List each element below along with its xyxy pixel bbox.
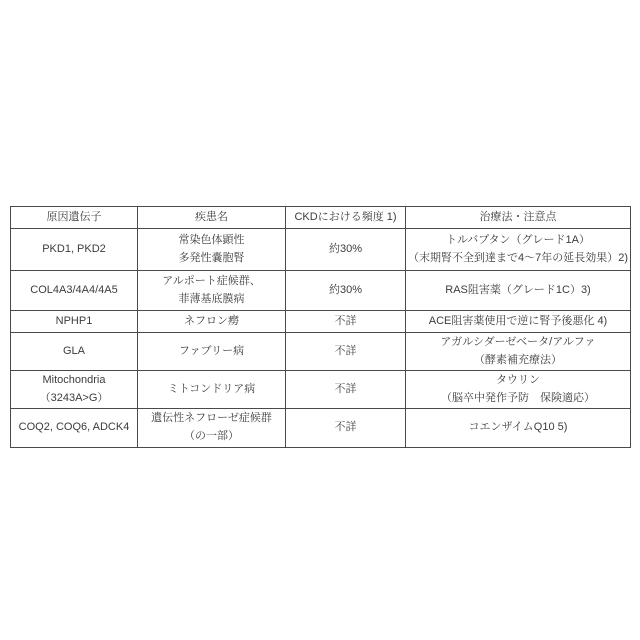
frequency-text: 約30%	[288, 241, 403, 259]
column-header-frequency: CKDにおける頻度 1)	[286, 207, 406, 229]
treatment-cell: コエンザイムQ10 5)	[406, 409, 631, 447]
gene-cell: COQ2, COQ6, ADCK4	[11, 409, 138, 447]
disease-cell: ファブリー病	[138, 333, 286, 371]
gene-cell: NPHP1	[11, 311, 138, 333]
table-row-mitochondria: Mitochondria （3243A>G） ミトコンドリア病 不詳 タウリン …	[11, 371, 631, 409]
disease-text: 常染色体顕性	[140, 232, 283, 250]
gene-text: GLA	[13, 343, 135, 361]
gene-text: （3243A>G）	[13, 390, 135, 408]
frequency-cell: 不詳	[286, 371, 406, 409]
genetic-kidney-disease-table: 原因遺伝子 疾患名 CKDにおける頻度 1) 治療法・注意点 PKD1, PKD…	[10, 206, 631, 448]
table-row-coq: COQ2, COQ6, ADCK4 遺伝性ネフローゼ症候群 （の一部） 不詳 コ…	[11, 409, 631, 447]
frequency-cell: 約30%	[286, 271, 406, 311]
disease-cell: アルポート症候群、 菲薄基底膜病	[138, 271, 286, 311]
disease-text: アルポート症候群、	[140, 273, 283, 291]
frequency-text: 不詳	[288, 419, 403, 437]
gene-cell: Mitochondria （3243A>G）	[11, 371, 138, 409]
treatment-cell: トルバプタン（グレード1A） （末期腎不全到達まで4～7年の延長効果）2)	[406, 229, 631, 271]
treatment-text: アガルシダーゼベータ/アルファ	[408, 334, 628, 352]
table-row-col4a: COL4A3/4A4/4A5 アルポート症候群、 菲薄基底膜病 約30% RAS…	[11, 271, 631, 311]
disease-cell: ミトコンドリア病	[138, 371, 286, 409]
gene-cell: GLA	[11, 333, 138, 371]
disease-cell: 遺伝性ネフローゼ症候群 （の一部）	[138, 409, 286, 447]
disease-text: ミトコンドリア病	[140, 381, 283, 399]
treatment-cell: アガルシダーゼベータ/アルファ （酵素補充療法）	[406, 333, 631, 371]
gene-text: Mitochondria	[13, 372, 135, 390]
treatment-cell: タウリン （脳卒中発作予防 保険適応）	[406, 371, 631, 409]
gene-text: COQ2, COQ6, ADCK4	[13, 419, 135, 437]
frequency-text: 不詳	[288, 381, 403, 399]
frequency-cell: 約30%	[286, 229, 406, 271]
disease-text: ファブリー病	[140, 343, 283, 361]
disease-text: 多発性嚢胞腎	[140, 250, 283, 268]
gene-cell: COL4A3/4A4/4A5	[11, 271, 138, 311]
gene-text: PKD1, PKD2	[13, 241, 135, 259]
treatment-text: トルバプタン（グレード1A）	[408, 232, 628, 250]
treatment-cell: ACE阻害薬使用で逆に腎予後悪化 4)	[406, 311, 631, 333]
disease-text: （の一部）	[140, 428, 283, 446]
gene-text: NPHP1	[13, 313, 135, 331]
disease-text: ネフロン癆	[140, 313, 283, 331]
genetic-kidney-disease-table-container: 原因遺伝子 疾患名 CKDにおける頻度 1) 治療法・注意点 PKD1, PKD…	[10, 206, 630, 448]
treatment-text: ACE阻害薬使用で逆に腎予後悪化 4)	[408, 313, 628, 331]
column-header-gene: 原因遺伝子	[11, 207, 138, 229]
frequency-text: 不詳	[288, 343, 403, 361]
disease-text: 遺伝性ネフローゼ症候群	[140, 410, 283, 428]
disease-cell: 常染色体顕性 多発性嚢胞腎	[138, 229, 286, 271]
treatment-cell: RAS阻害薬（グレード1C）3)	[406, 271, 631, 311]
treatment-text: （酵素補充療法）	[408, 352, 628, 370]
gene-cell: PKD1, PKD2	[11, 229, 138, 271]
treatment-text: （脳卒中発作予防 保険適応）	[408, 390, 628, 408]
disease-text: 菲薄基底膜病	[140, 291, 283, 309]
treatment-text: コエンザイムQ10 5)	[408, 419, 628, 437]
disease-cell: ネフロン癆	[138, 311, 286, 333]
frequency-text: 約30%	[288, 282, 403, 300]
frequency-cell: 不詳	[286, 333, 406, 371]
treatment-text: （末期腎不全到達まで4～7年の延長効果）2)	[408, 250, 628, 268]
treatment-text: RAS阻害薬（グレード1C）3)	[408, 282, 628, 300]
table-row-nphp1: NPHP1 ネフロン癆 不詳 ACE阻害薬使用で逆に腎予後悪化 4)	[11, 311, 631, 333]
frequency-cell: 不詳	[286, 311, 406, 333]
frequency-cell: 不詳	[286, 409, 406, 447]
table-row-pkd: PKD1, PKD2 常染色体顕性 多発性嚢胞腎 約30% トルバプタン（グレー…	[11, 229, 631, 271]
frequency-text: 不詳	[288, 313, 403, 331]
column-header-treatment: 治療法・注意点	[406, 207, 631, 229]
column-header-disease: 疾患名	[138, 207, 286, 229]
gene-text: COL4A3/4A4/4A5	[13, 282, 135, 300]
table-header-row: 原因遺伝子 疾患名 CKDにおける頻度 1) 治療法・注意点	[11, 207, 631, 229]
treatment-text: タウリン	[408, 372, 628, 390]
table-row-gla: GLA ファブリー病 不詳 アガルシダーゼベータ/アルファ （酵素補充療法）	[11, 333, 631, 371]
